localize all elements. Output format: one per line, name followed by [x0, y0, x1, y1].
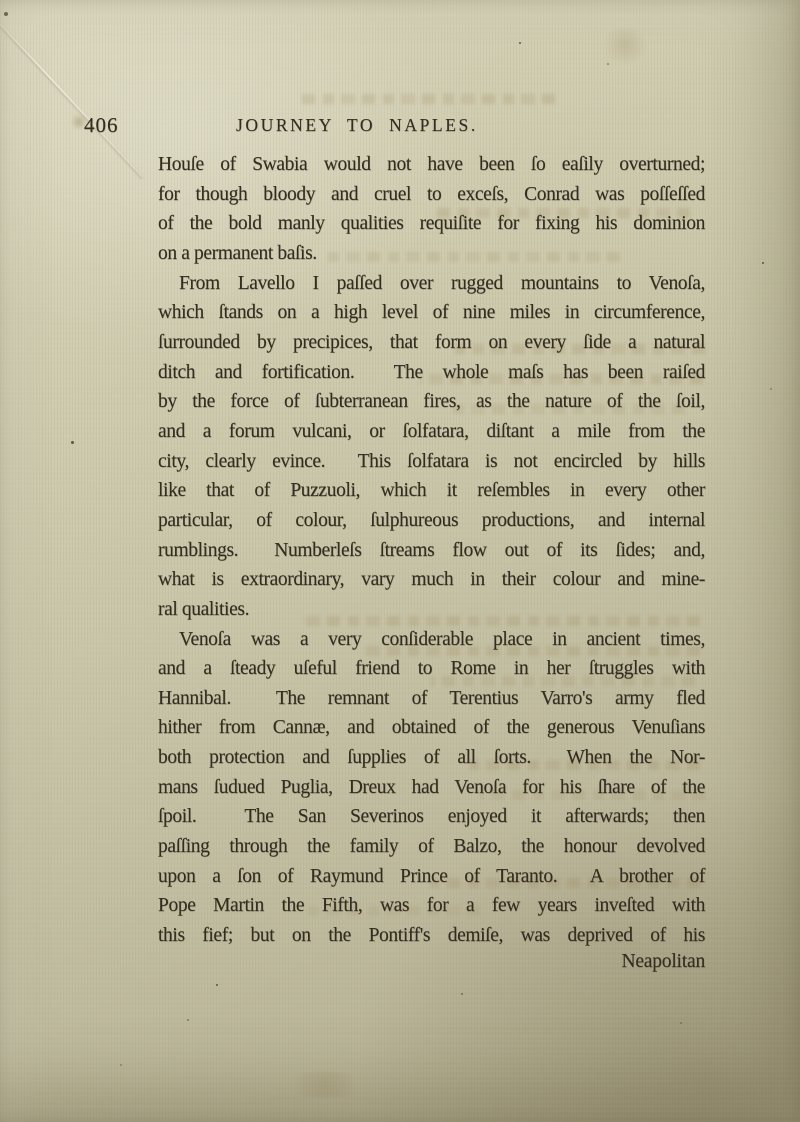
- foxing-speck: [607, 63, 609, 65]
- foxing-stain: [280, 1072, 370, 1098]
- text-line: upon a ſon of Raymund Prince of Taranto.…: [158, 862, 705, 892]
- foxing-speck: [4, 12, 8, 16]
- text-line: Venoſa was a very conſiderable place in …: [158, 625, 705, 655]
- paragraph: Houſe of Swabia would not have been ſo e…: [158, 150, 705, 269]
- text-line: Hannibal. The remnant of Terentius Varro…: [158, 684, 705, 714]
- text-line: mans ſudued Puglia, Dreux had Venoſa for…: [158, 773, 705, 803]
- book-page-scan: 406 JOURNEY TO NAPLES. Houſe of Swabia w…: [0, 0, 800, 1122]
- text-line: ditch and fortification. The whole maſs …: [158, 358, 705, 388]
- text-line: city, clearly evince. This ſolfatara is …: [158, 447, 705, 477]
- text-line: Houſe of Swabia would not have been ſo e…: [158, 150, 705, 180]
- paragraph: From Lavello I paſſed over rugged mounta…: [158, 269, 705, 625]
- foxing-speck: [216, 984, 218, 986]
- text-line: From Lavello I paſſed over rugged mounta…: [158, 269, 705, 299]
- text-line: for though bloody and cruel to exceſs, C…: [158, 180, 705, 210]
- text-line: ſurrounded by precipices, that form on e…: [158, 328, 705, 358]
- foxing-speck: [120, 1064, 122, 1066]
- foxing-speck: [187, 1019, 189, 1021]
- body-text: Houſe of Swabia would not have been ſo e…: [158, 150, 705, 951]
- foxing-stain: [600, 28, 650, 62]
- foxing-speck: [519, 42, 521, 44]
- text-line: and a forum vulcani, or ſolfatara, diſta…: [158, 417, 705, 447]
- text-line: which ſtands on a high level of nine mil…: [158, 298, 705, 328]
- text-line: ral qualities.: [158, 595, 705, 625]
- paragraph: Venoſa was a very conſiderable place in …: [158, 625, 705, 951]
- text-line: particular, of colour, ſulphureous produ…: [158, 506, 705, 536]
- text-line: Pope Martin the Fifth, was for a few yea…: [158, 891, 705, 921]
- text-line: ſpoil. The San Severinos enjoyed it afte…: [158, 802, 705, 832]
- foxing-speck: [762, 262, 764, 264]
- foxing-speck: [71, 441, 74, 444]
- text-line: on a permanent baſis.: [158, 239, 705, 269]
- foxing-speck: [461, 993, 463, 995]
- catchword: Neapolitan: [621, 951, 705, 972]
- text-line: what is extraordinary, vary much in thei…: [158, 565, 705, 595]
- foxing-speck: [770, 388, 772, 390]
- text-line: both protection and ſupplies of all ſort…: [158, 743, 705, 773]
- text-line: of the bold manly qualities requiſite fo…: [158, 209, 705, 239]
- show-through-ghost: [300, 94, 555, 104]
- text-line: like that of Puzzuoli, which it reſemble…: [158, 476, 705, 506]
- foxing-speck: [680, 1022, 682, 1024]
- text-line: paſſing through the family of Balzo, the…: [158, 832, 705, 862]
- running-title: JOURNEY TO NAPLES.: [236, 115, 478, 136]
- text-line: by the force of ſubterranean fires, as t…: [158, 387, 705, 417]
- text-line: rumblings. Numberleſs ſtreams flow out o…: [158, 536, 705, 566]
- text-line: hither from Cannæ, and obtained of the g…: [158, 713, 705, 743]
- text-line: and a ſteady uſeful friend to Rome in he…: [158, 654, 705, 684]
- page-number: 406: [84, 113, 119, 138]
- catchword-row: Neapolitan: [158, 947, 705, 977]
- paper-crease: [0, 16, 144, 178]
